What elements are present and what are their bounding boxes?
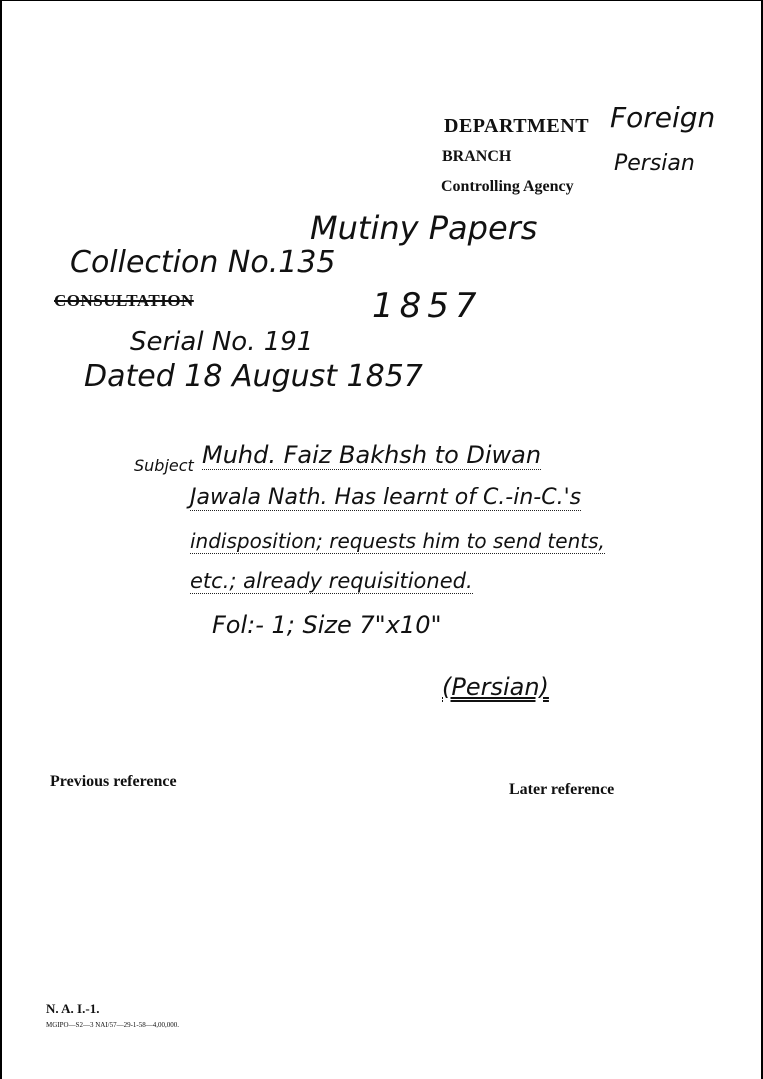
branch-label: BRANCH bbox=[442, 148, 511, 166]
subject-line-4: etc.; already requisitioned. bbox=[190, 569, 473, 594]
subject-line-1: Muhd. Faiz Bakhsh to Diwan bbox=[202, 441, 541, 470]
consultation-label: CONSULTATION bbox=[54, 291, 194, 311]
collection-year: 1857 bbox=[372, 286, 483, 326]
serial-number: Serial No. 191 bbox=[130, 327, 313, 357]
previous-reference-label: Previous reference bbox=[50, 773, 177, 791]
later-reference-label: Later reference bbox=[509, 781, 614, 799]
collection-number: Collection No.135 bbox=[70, 245, 336, 280]
subject-label: Subject bbox=[134, 456, 194, 475]
document-page: DEPARTMENT Foreign BRANCH Persian Contro… bbox=[0, 0, 763, 1079]
language-note: (Persian) bbox=[442, 673, 549, 701]
department-value: Foreign bbox=[610, 101, 715, 134]
print-line: MGIPO—S2—3 NAI/57—29-1-58—4,00,000. bbox=[46, 1021, 179, 1029]
folio-size: Fol:- 1; Size 7"x10" bbox=[212, 611, 442, 639]
department-label: DEPARTMENT bbox=[444, 115, 589, 138]
form-id: N. A. I.-1. bbox=[46, 1001, 99, 1017]
controlling-agency-label: Controlling Agency bbox=[441, 178, 574, 196]
collection-series: Mutiny Papers bbox=[310, 209, 537, 247]
subject-line-3: indisposition; requests him to send tent… bbox=[190, 529, 605, 554]
branch-value: Persian bbox=[614, 151, 695, 176]
subject-line-2: Jawala Nath. Has learnt of C.-in-C.'s bbox=[190, 485, 581, 511]
dated: Dated 18 August 1857 bbox=[84, 359, 423, 394]
